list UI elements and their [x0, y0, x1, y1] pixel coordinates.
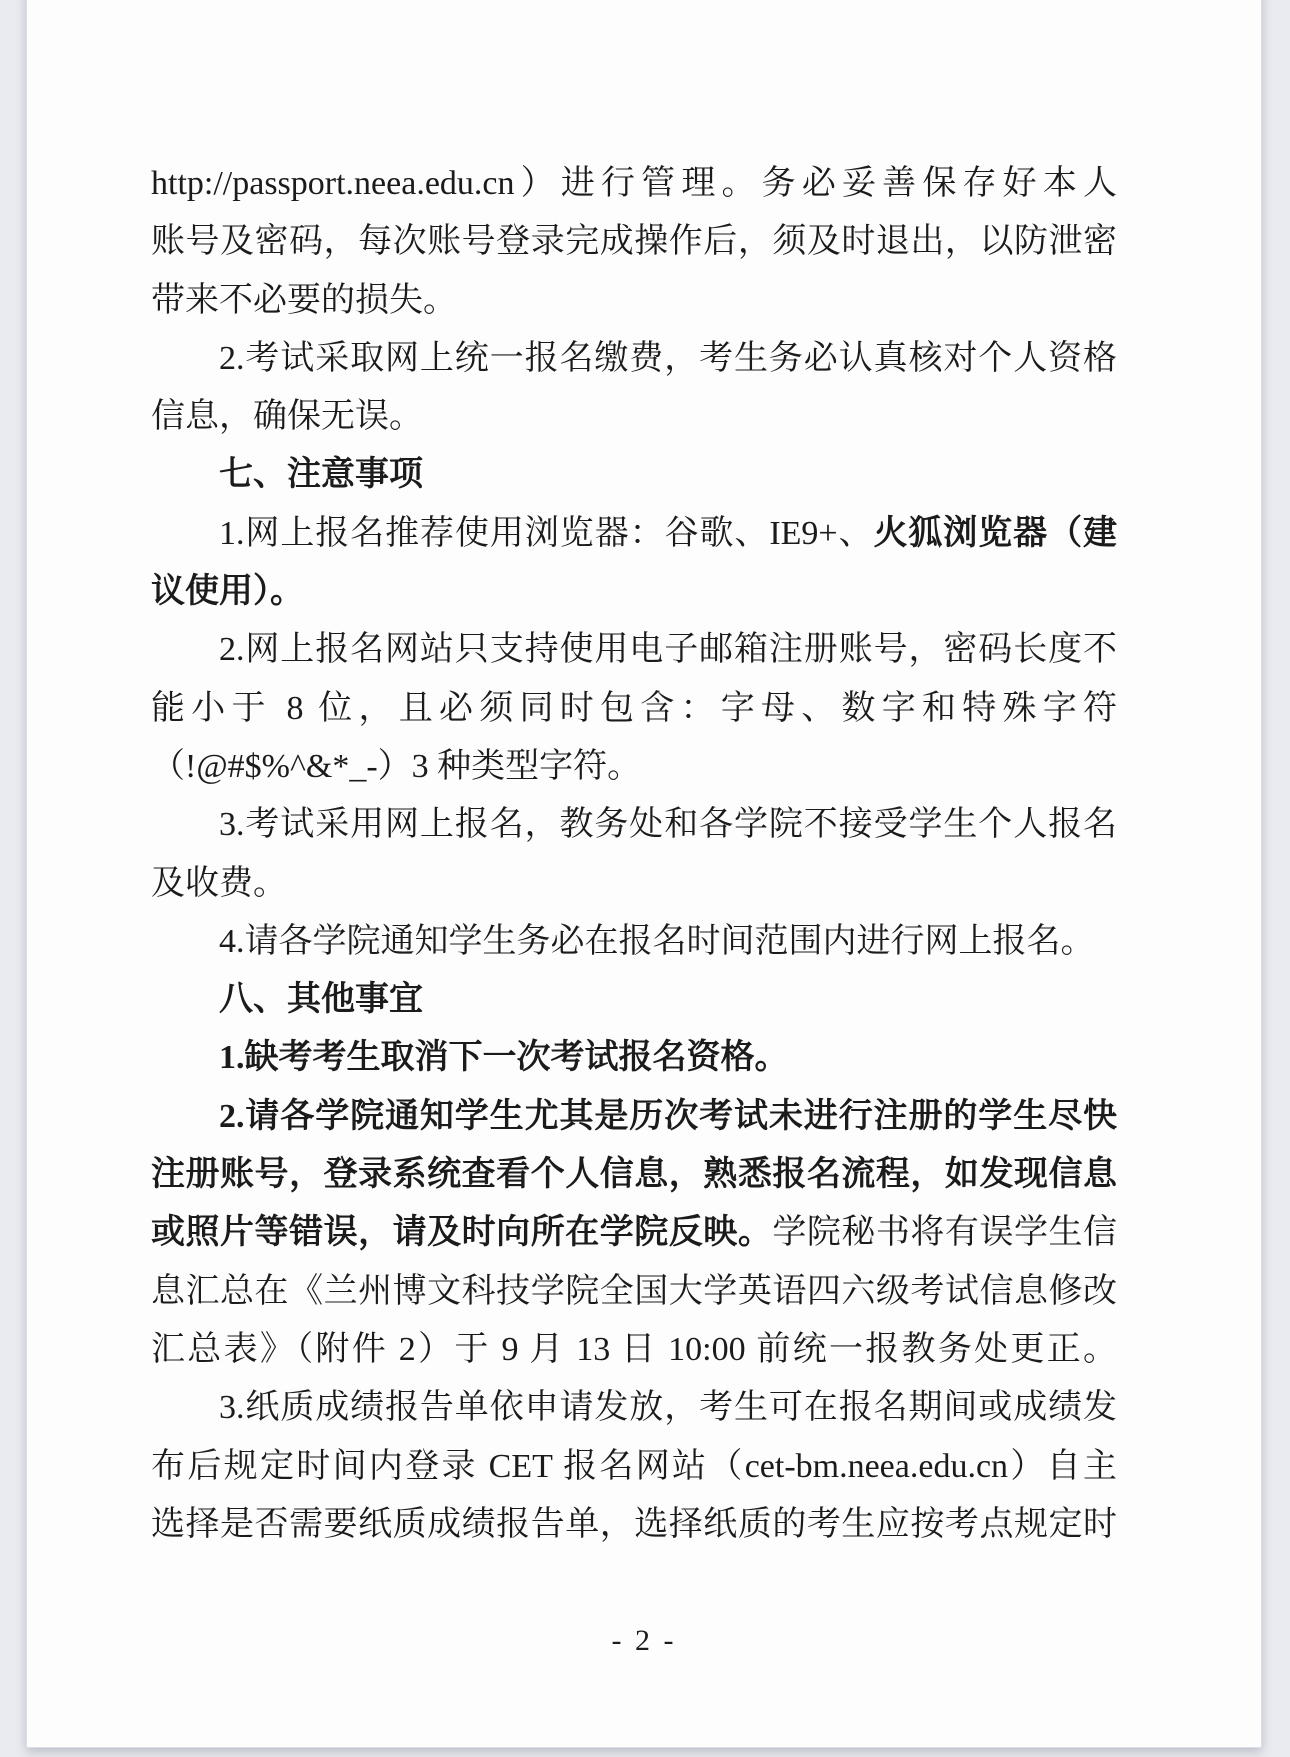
text-line: 布后规定时间内登录 CET 报名网站（cet-bm.neea.edu.cn）自主	[151, 1438, 1117, 1496]
text-segment: 1.网上报名推荐使用浏览器：谷歌、IE9+、	[219, 515, 873, 552]
text-segment: 选择是否需要纸质成绩报告单，选择纸质的考生应按考点规定时	[151, 1506, 1117, 1543]
text-segment: 学院秘书将有误学生信	[772, 1214, 1117, 1251]
text-line: 4.请各学院通知学生务必在报名时间范围内进行网上报名。	[151, 913, 1117, 971]
text-segment: 2.网上报名网站只支持使用电子邮箱注册账号，密码长度不	[219, 631, 1117, 668]
text-segment: 布后规定时间内登录 CET 报名网站（cet-bm.neea.edu.cn）自主	[151, 1448, 1117, 1485]
text-line: 2.网上报名网站只支持使用电子邮箱注册账号，密码长度不	[151, 621, 1117, 679]
text-line: 七、注意事项	[151, 446, 1117, 504]
bold-text-segment: 议使用）。	[151, 573, 304, 610]
text-line: 或照片等错误，请及时向所在学院反映。学院秘书将有误学生信	[151, 1204, 1117, 1262]
bold-text-segment: 注册账号，登录系统查看个人信息，熟悉报名流程，如发现信息	[151, 1156, 1117, 1193]
text-line: 选择是否需要纸质成绩报告单，选择纸质的考生应按考点规定时	[151, 1496, 1117, 1554]
text-line: 息汇总在《兰州博文科技学院全国大学英语四六级考试信息修改	[151, 1263, 1117, 1321]
text-line: 能小于 8 位，且必须同时包含：字母、数字和特殊字符	[151, 680, 1117, 738]
text-segment: 能小于 8 位，且必须同时包含：字母、数字和特殊字符	[151, 690, 1117, 727]
text-line: 1.网上报名推荐使用浏览器：谷歌、IE9+、火狐浏览器（建	[151, 505, 1117, 563]
text-line: 注册账号，登录系统查看个人信息，熟悉报名流程，如发现信息	[151, 1146, 1117, 1204]
text-line: 八、其他事宜	[151, 971, 1117, 1029]
text-segment: （!@#$%^&*_-）3 种类型字符。	[151, 748, 641, 785]
bold-text-segment: 七、注意事项	[219, 456, 423, 493]
text-segment: 2.考试采取网上统一报名缴费，考生务必认真核对个人资格	[219, 340, 1117, 377]
text-segment: 3.纸质成绩报告单依申请发放，考生可在报名期间或成绩发	[219, 1389, 1117, 1426]
text-line: 议使用）。	[151, 563, 1117, 621]
page-number: - 2 -	[27, 1621, 1261, 1661]
bold-text-segment: 八、其他事宜	[219, 981, 423, 1018]
text-line: 带来不必要的损失。	[151, 272, 1117, 330]
text-segment: 带来不必要的损失。	[151, 282, 457, 319]
bold-text-segment: 或照片等错误，请及时向所在学院反映。	[151, 1214, 772, 1251]
text-line: 2.考试采取网上统一报名缴费，考生务必认真核对个人资格	[151, 330, 1117, 388]
document-page: http://passport.neea.edu.cn）进行管理。务必妥善保存好…	[26, 0, 1262, 1748]
text-line: 信息，确保无误。	[151, 388, 1117, 446]
text-segment: 及收费。	[151, 865, 287, 902]
text-line: 3.考试采用网上报名，教务处和各学院不接受学生个人报名	[151, 796, 1117, 854]
text-line: 1.缺考考生取消下一次考试报名资格。	[151, 1029, 1117, 1087]
text-line: 汇总表》（附件 2）于 9 月 13 日 10:00 前统一报教务处更正。	[151, 1321, 1117, 1379]
text-segment: 汇总表》（附件 2）于 9 月 13 日 10:00 前统一报教务处更正。	[151, 1331, 1117, 1368]
text-segment: 息汇总在《兰州博文科技学院全国大学英语四六级考试信息修改	[151, 1273, 1117, 1310]
text-line: （!@#$%^&*_-）3 种类型字符。	[151, 738, 1117, 796]
text-segment: 3.考试采用网上报名，教务处和各学院不接受学生个人报名	[219, 806, 1117, 843]
text-line: http://passport.neea.edu.cn）进行管理。务必妥善保存好…	[151, 155, 1117, 213]
text-segment: http://passport.neea.edu.cn）进行管理。务必妥善保存好…	[151, 165, 1117, 202]
text-line: 账号及密码，每次账号登录完成操作后，须及时退出，以防泄密	[151, 213, 1117, 271]
bold-text-segment: 1.缺考考生取消下一次考试报名资格。	[219, 1039, 789, 1076]
document-text-block: http://passport.neea.edu.cn）进行管理。务必妥善保存好…	[151, 155, 1117, 1554]
text-line: 2.请各学院通知学生尤其是历次考试未进行注册的学生尽快	[151, 1088, 1117, 1146]
text-segment: 4.请各学院通知学生务必在报名时间范围内进行网上报名。	[219, 923, 1095, 960]
text-line: 3.纸质成绩报告单依申请发放，考生可在报名期间或成绩发	[151, 1379, 1117, 1437]
bold-text-segment: 2.请各学院通知学生尤其是历次考试未进行注册的学生尽快	[219, 1098, 1117, 1135]
bold-text-segment: 火狐浏览器（建	[873, 515, 1117, 552]
text-line: 及收费。	[151, 855, 1117, 913]
text-segment: 账号及密码，每次账号登录完成操作后，须及时退出，以防泄密	[151, 223, 1117, 260]
text-segment: 信息，确保无误。	[151, 398, 423, 435]
